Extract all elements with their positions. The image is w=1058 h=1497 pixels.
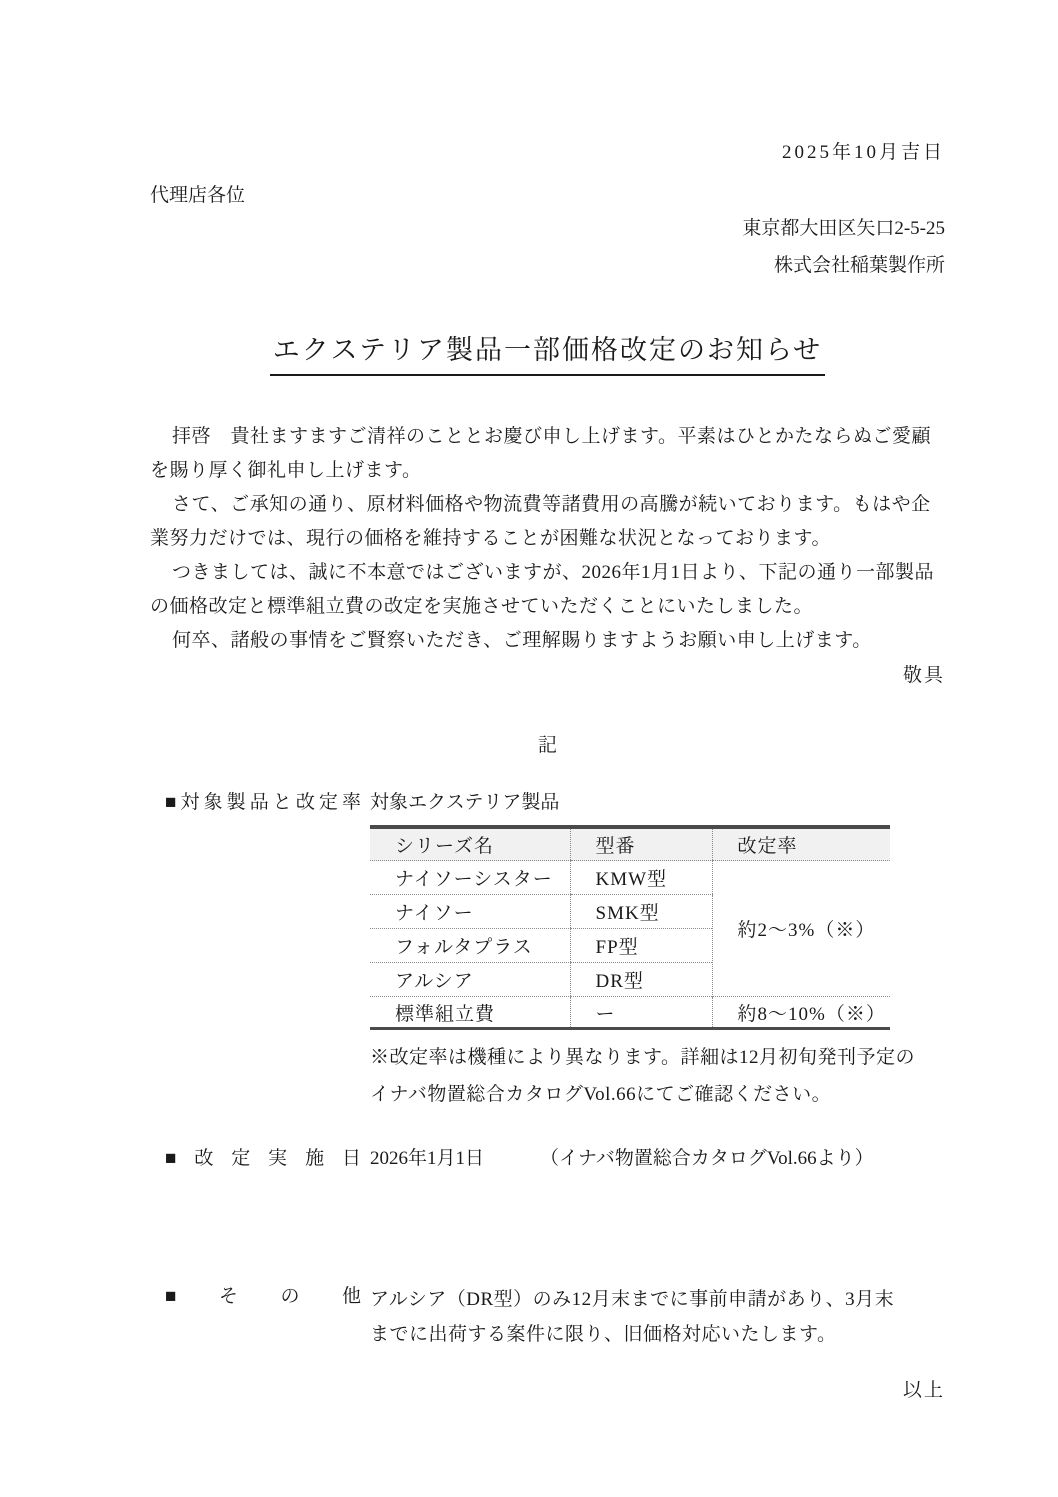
implementation-date-value: 2026年1月1日 <box>370 1148 484 1169</box>
col-header-model: 型番 <box>570 827 712 861</box>
cell-model: DR型 <box>570 963 712 997</box>
record-heading: 記 <box>150 731 945 761</box>
footnote-line-2: イナバ物置総合カタログVol.66にてご確認ください。 <box>370 1076 945 1113</box>
col-header-series: シリーズ名 <box>370 827 570 861</box>
paragraph-request: 何卒、諸般の事情をご賢察いただき、ご理解賜りますようお願い申し上げます。 <box>150 624 945 658</box>
table-footnote: ※改定率は機種により異なります。詳細は12月初旬発刊予定の イナバ物置総合カタロ… <box>370 1039 945 1113</box>
cell-rate-merged: 約2～3%（※） <box>712 861 890 997</box>
cell-series: アルシア <box>370 963 570 997</box>
col-header-rate: 改定率 <box>712 827 890 861</box>
table-row-assembly-fee: 標準組立費 ー 約8～10%（※） <box>370 997 890 1029</box>
letter-body: 拝啓 貴社ますますご清祥のこととお慶び申し上げます。平素はひとかたならぬご愛顧を… <box>150 420 945 658</box>
recipient: 代理店各位 <box>150 183 945 209</box>
price-revision-table: シリーズ名 型番 改定率 ナイソーシスター KMW型 約2～3%（※） ナイソー… <box>370 825 890 1030</box>
table-heading: 対象エクステリア製品 <box>370 788 945 818</box>
cell-model: ー <box>570 997 712 1029</box>
cell-series: 標準組立費 <box>370 997 570 1029</box>
section-content-products: 対象エクステリア製品 シリーズ名 型番 改定率 ナイソーシスター KMW型 約2… <box>370 788 945 1113</box>
section-content-other: アルシア（DR型）のみ12月末までに事前申請があり、3月末までに出荷する案件に限… <box>370 1282 895 1352</box>
section-label-products: ■対象製品と改定率 <box>165 788 361 818</box>
footnote-line-1: ※改定率は機種により異なります。詳細は12月初旬発刊予定の <box>370 1039 945 1076</box>
paragraph-announcement: つきましては、誠に不本意ではございますが、2026年1月1日より、下記の通り一部… <box>150 556 945 624</box>
sender-address: 東京都大田区矢口2-5-25 <box>150 216 945 242</box>
cell-model: FP型 <box>570 929 712 963</box>
section-implementation-date: ■改定実施日 2026年1月1日（イナバ物置総合カタログVol.66より） <box>165 1144 945 1174</box>
document-date: 2025年10月吉日 <box>150 140 945 166</box>
section-other: ■その他 アルシア（DR型）のみ12月末までに事前申請があり、3月末までに出荷す… <box>165 1282 945 1352</box>
paragraph-greeting: 拝啓 貴社ますますご清祥のこととお慶び申し上げます。平素はひとかたならぬご愛顧を… <box>150 420 945 488</box>
footer-ijou: 以上 <box>150 1376 945 1406</box>
table-header-row: シリーズ名 型番 改定率 <box>370 827 890 861</box>
section-label-implementation-date: ■改定実施日 <box>165 1144 361 1174</box>
cell-series: フォルタプラス <box>370 929 570 963</box>
section-products: ■対象製品と改定率 対象エクステリア製品 シリーズ名 型番 改定率 ナイソーシス… <box>165 788 945 1113</box>
title-container: エクステリア製品一部価格改定のお知らせ <box>150 328 945 376</box>
cell-model: KMW型 <box>570 861 712 895</box>
document-title: エクステリア製品一部価格改定のお知らせ <box>270 328 825 376</box>
table-row: ナイソーシスター KMW型 約2～3%（※） <box>370 861 890 895</box>
document-page: 2025年10月吉日 代理店各位 東京都大田区矢口2-5-25 株式会社稲葉製作… <box>0 0 1058 1497</box>
implementation-date-note: （イナバ物置総合カタログVol.66より） <box>540 1148 874 1169</box>
section-content-implementation-date: 2026年1月1日（イナバ物置総合カタログVol.66より） <box>370 1144 945 1174</box>
section-label-other: ■その他 <box>165 1282 361 1312</box>
cell-series: ナイソー <box>370 895 570 929</box>
cell-model: SMK型 <box>570 895 712 929</box>
cell-series: ナイソーシスター <box>370 861 570 895</box>
cell-rate: 約8～10%（※） <box>712 997 890 1029</box>
paragraph-background: さて、ご承知の通り、原材料価格や物流費等諸費用の高騰が続いております。もはや企業… <box>150 488 945 556</box>
sender-company: 株式会社稲葉製作所 <box>150 253 945 279</box>
closing-keigu: 敬具 <box>150 661 945 691</box>
